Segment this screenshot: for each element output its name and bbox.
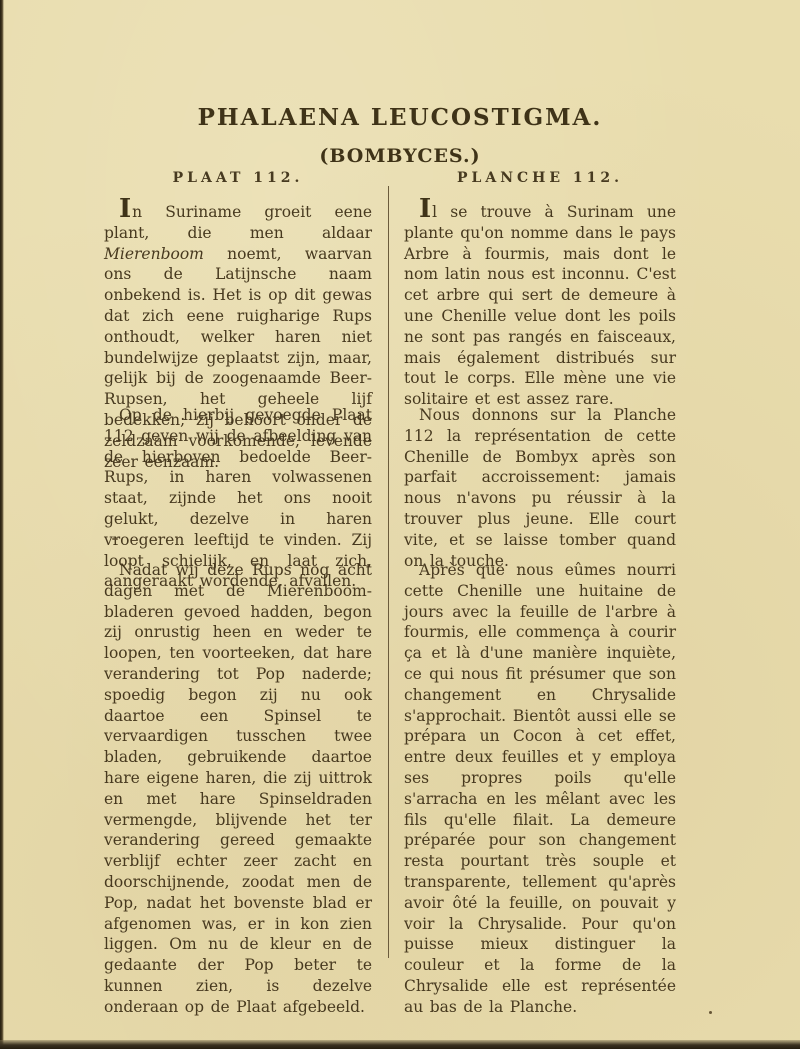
- column-divider-rule: [388, 186, 389, 958]
- column-header-dutch: PLAAT 112.: [104, 166, 372, 202]
- scanned-book-page: { "page": { "title": "PHALAENA LEUCOSTIG…: [0, 0, 800, 1049]
- page-subtitle: (BOMBYCES.): [0, 145, 800, 167]
- column-header-french: PLANCHE 112.: [404, 166, 676, 202]
- title-block: PHALAENA LEUCOSTIGMA. (BOMBYCES.): [0, 104, 800, 167]
- page-title: PHALAENA LEUCOSTIGMA.: [0, 104, 800, 131]
- dutch-paragraph-1: In Suriname groeit eene plant, die men a…: [104, 202, 372, 405]
- dutch-paragraph-2: Op de hierbij gevoegde Plaat 112 geven w…: [104, 405, 372, 560]
- scan-bottom-edge: [0, 1040, 800, 1049]
- print-artifact-speck: [709, 1011, 712, 1014]
- two-column-text: PLAAT 112. PLANCHE 112. In Suriname groe…: [104, 166, 676, 1018]
- dutch-paragraph-3: Nadat wij deze Rups nog acht dagen met d…: [104, 560, 372, 1018]
- print-artifact-dash: [112, 538, 118, 540]
- french-paragraph-3: Après que nous eûmes nourri cette Chenil…: [404, 560, 676, 1018]
- french-paragraph-1: Il se trouve à Surinam une plante qu'on …: [404, 202, 676, 405]
- french-paragraph-2: Nous donnons sur la Planche 112 la repré…: [404, 405, 676, 560]
